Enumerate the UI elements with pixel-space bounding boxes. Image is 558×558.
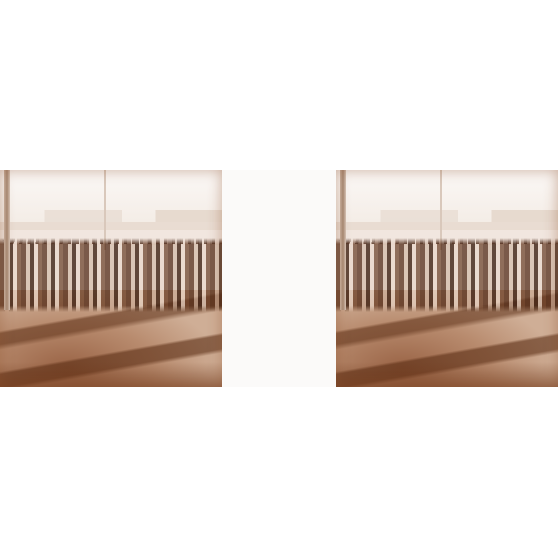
- stereo-divider: [222, 170, 336, 387]
- stereo-photo-left: [0, 170, 222, 387]
- photo-vignette: [0, 170, 222, 387]
- stereo-card: [0, 170, 558, 387]
- stereo-photo-right: [336, 170, 558, 387]
- photo-vignette: [336, 170, 558, 387]
